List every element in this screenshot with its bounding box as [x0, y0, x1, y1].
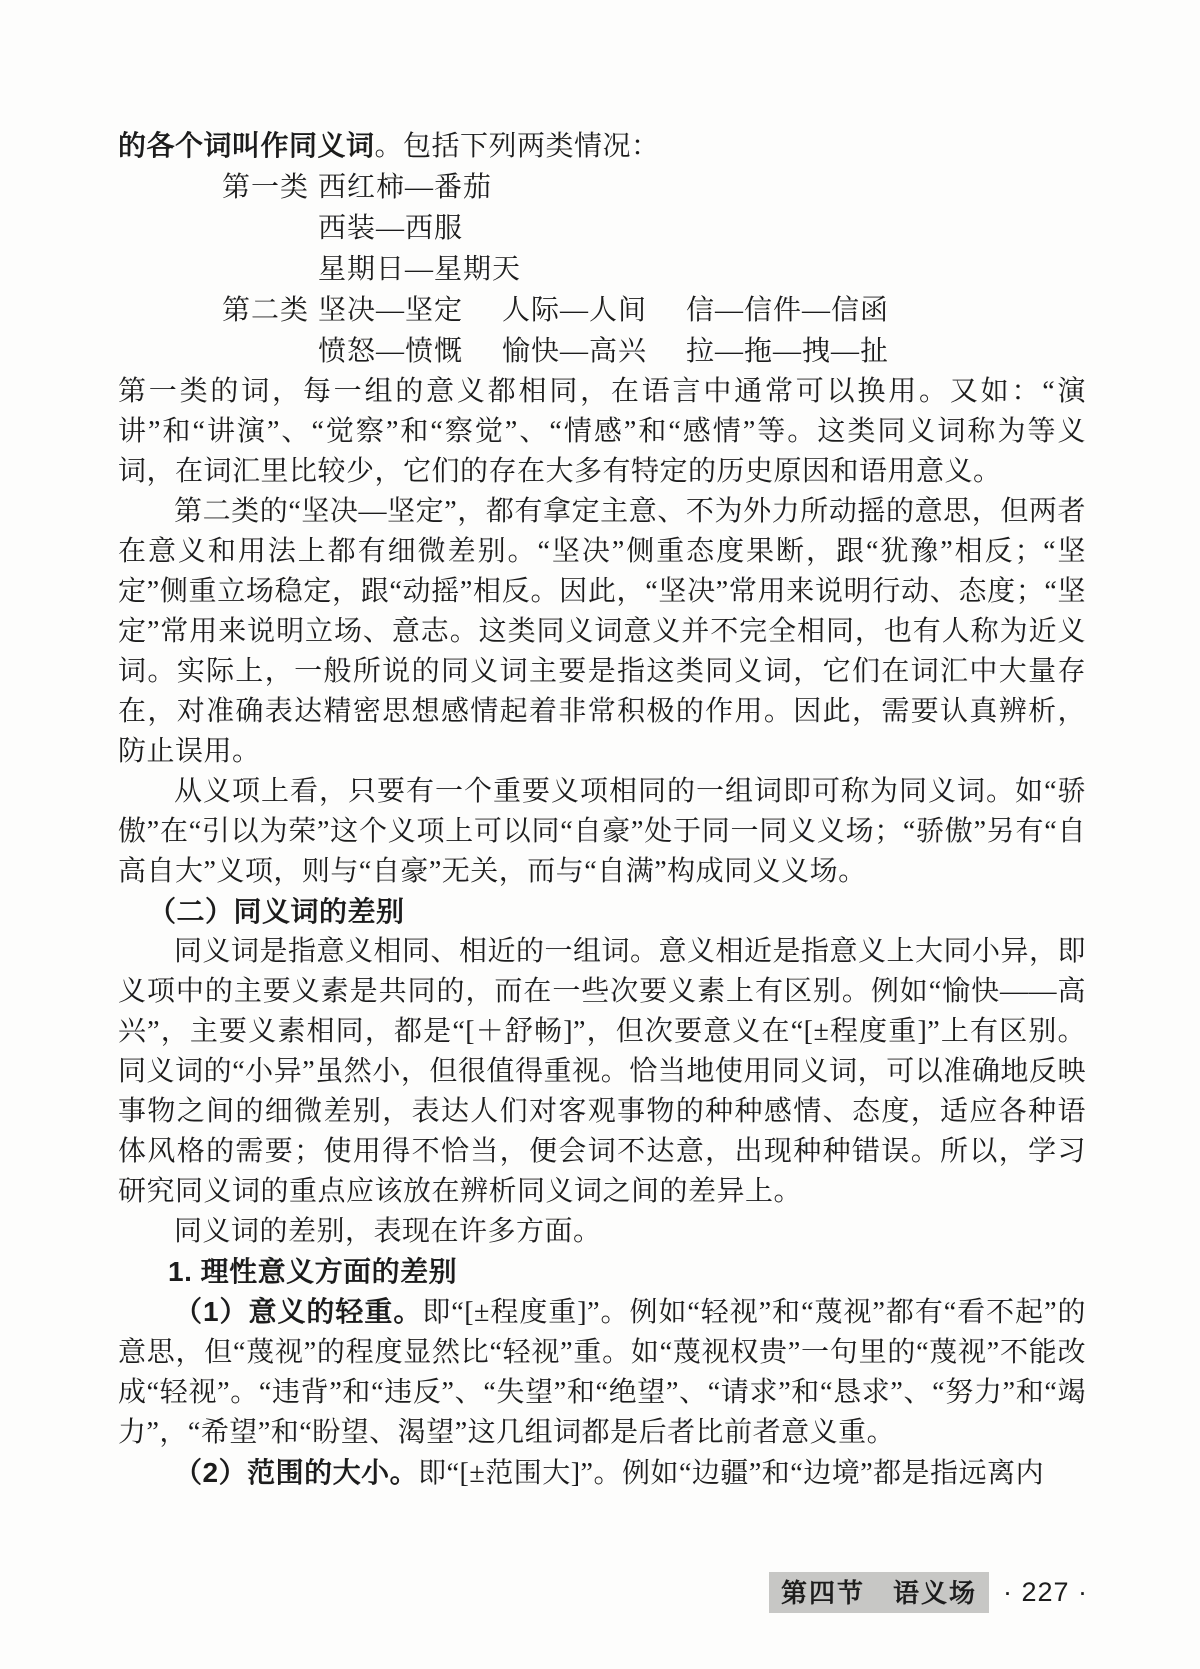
- example-class-label: 第二类: [222, 290, 318, 331]
- paragraph-differences-intro: 同义词的差别，表现在许多方面。: [118, 1212, 1086, 1252]
- item-2-text: 即“[±范围大]”。例如“边疆”和“边境”都是指远离内: [418, 1458, 1044, 1489]
- intro-bold-term: 的各个词叫作同义词: [118, 130, 375, 161]
- paragraph-scope-of-meaning: （2）范围的大小。即“[±范围大]”。例如“边疆”和“边境”都是指远离内: [118, 1453, 1086, 1494]
- example-row: 西装—西服: [118, 208, 1086, 249]
- item-2-lead: （2）范围的大小。: [174, 1457, 418, 1488]
- paragraph-class2-explanation: 第二类的“坚决—坚定”，都有拿定主意、不为外力所动摇的意思，但两者在意义和用法上…: [118, 492, 1086, 772]
- intro-line: 的各个词叫作同义词。包括下列两类情况：: [118, 126, 1086, 167]
- footer-page-number: · 227 ·: [1003, 1577, 1088, 1608]
- example-class-label: 第一类: [222, 167, 318, 208]
- word-pair: 信—信件—信函: [686, 290, 889, 331]
- example-row: 第一类西红柿—番茄: [118, 167, 1086, 208]
- intro-regular-text: 。包括下列两类情况：: [375, 131, 660, 162]
- example-row: 星期日—星期天: [118, 249, 1086, 290]
- page-content: 的各个词叫作同义词。包括下列两类情况： 第一类西红柿—番茄 西装—西服 星期日—…: [118, 126, 1086, 1494]
- example-row: 愤怒—愤慨愉快—高兴拉—拖—拽—扯: [118, 331, 1086, 372]
- paragraph-sense-item: 从义项上看，只要有一个重要义项相同的一组词即可称为同义词。如“骄傲”在“引以为荣…: [118, 772, 1086, 892]
- item-1-lead: （1）意义的轻重。: [174, 1296, 422, 1327]
- word-pair: 拉—拖—拽—扯: [686, 331, 889, 372]
- section-heading-synonym-differences: （二）同义词的差别: [118, 892, 1086, 932]
- paragraph-weight-of-meaning: （1）意义的轻重。即“[±程度重]”。例如“轻视”和“蔑视”都有“看不起”的意思…: [118, 1292, 1086, 1453]
- footer-section-label: 第四节 语义场: [769, 1572, 989, 1613]
- example-word-list: 第一类西红柿—番茄 西装—西服 星期日—星期天 第二类坚决—坚定人际—人间信—信…: [118, 167, 1086, 372]
- page-footer: 第四节 语义场 · 227 ·: [769, 1572, 1088, 1613]
- subsection-heading-rational-meaning: 1. 理性意义方面的差别: [118, 1252, 1086, 1292]
- word-pair: 愉快—高兴: [502, 331, 686, 372]
- paragraph-synonym-definition: 同义词是指意义相同、相近的一组词。意义相近是指意义上大同小异，即义项中的主要义素…: [118, 932, 1086, 1212]
- textbook-page: 的各个词叫作同义词。包括下列两类情况： 第一类西红柿—番茄 西装—西服 星期日—…: [0, 0, 1200, 1669]
- word-pair: 西红柿—番茄: [318, 167, 502, 208]
- example-row: 第二类坚决—坚定人际—人间信—信件—信函: [118, 290, 1086, 331]
- word-pair: 愤怒—愤慨: [318, 331, 502, 372]
- word-pair: 人际—人间: [502, 290, 686, 331]
- word-pair: 坚决—坚定: [318, 290, 502, 331]
- word-pair: 星期日—星期天: [318, 249, 502, 290]
- paragraph-class1-explanation: 第一类的词，每一组的意义都相同，在语言中通常可以换用。又如：“演讲”和“讲演”、…: [118, 372, 1086, 492]
- word-pair: 西装—西服: [318, 208, 502, 249]
